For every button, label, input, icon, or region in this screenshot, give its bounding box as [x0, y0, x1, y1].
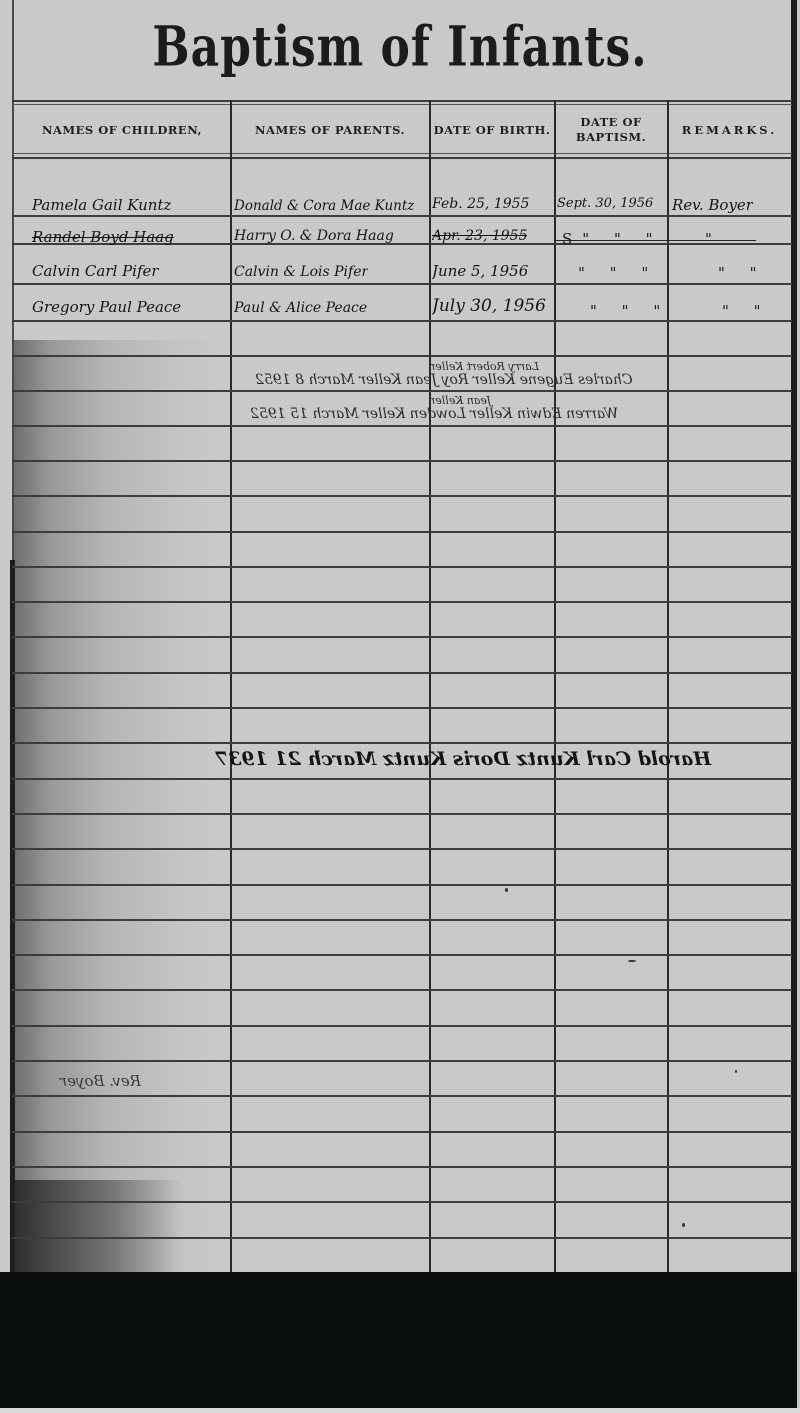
entry-baptism-date: Sept. 30, 1956 — [557, 196, 653, 211]
row-rule — [12, 813, 792, 815]
row-rule — [12, 355, 792, 357]
entry-baptism-date: " " " — [590, 302, 670, 320]
entry-remarks: Rev. Boyer — [672, 196, 753, 214]
bleed-through-text: Charles Eugene Keller Roy Jean Keller Ma… — [255, 372, 633, 388]
entry-birth-date: Apr. 23, 1955 — [432, 228, 527, 244]
row-rule — [12, 919, 792, 921]
row-rule — [12, 495, 792, 497]
register-page: Baptism of Infants. NAMES OF CHILDREN, N… — [0, 0, 800, 1413]
row-rule — [12, 636, 792, 638]
column-header-children: NAMES OF CHILDREN, — [14, 104, 230, 156]
row-rule — [12, 1131, 792, 1133]
entry-birth-date: June 5, 1956 — [432, 262, 528, 280]
bleed-through-text: Warren Edwin Keller Lowden Keller March … — [250, 406, 618, 422]
header-rule-bottom — [12, 157, 792, 159]
speck — [735, 1070, 737, 1073]
entry-baptism-date: S" " " — [562, 230, 663, 248]
row-rule — [12, 460, 792, 462]
row-rule — [12, 742, 792, 744]
speck — [628, 960, 636, 962]
column-header-remarks: REMARKS. — [668, 104, 791, 156]
row-rule — [12, 1025, 792, 1027]
row-rule — [12, 390, 792, 392]
strike-line — [556, 240, 756, 241]
row-rule — [12, 778, 792, 780]
entry-baptism-date: " " " — [578, 264, 658, 282]
bleed-through-text: Harold Carl Kuntz Doris Kuntz March 21 1… — [215, 748, 711, 770]
entry-remarks: " — [705, 230, 722, 248]
entry-parents: Paul & Alice Peace — [234, 300, 367, 316]
row-rule — [12, 1237, 792, 1239]
row-rule — [12, 566, 792, 568]
entry-birth-date: July 30, 1956 — [432, 296, 546, 316]
entry-parents: Calvin & Lois Pifer — [234, 264, 368, 280]
row-rule — [12, 320, 792, 322]
entry-child-name: Gregory Paul Peace — [32, 298, 181, 316]
column-header-birth: DATE OF BIRTH. — [430, 104, 554, 156]
row-rule — [12, 1060, 792, 1062]
header-rule-top — [12, 100, 792, 102]
column-header-parents: NAMES OF PARENTS. — [231, 104, 429, 156]
row-rule — [12, 425, 792, 427]
row-rule — [12, 954, 792, 956]
page-title: Baptism of Infants. — [0, 16, 800, 80]
row-rule — [12, 848, 792, 850]
scan-black-margin — [0, 1272, 797, 1408]
row-rule — [12, 1201, 792, 1203]
entry-parents: Donald & Cora Mae Kuntz — [234, 198, 414, 214]
speck — [505, 888, 508, 892]
row-rule — [12, 601, 792, 603]
row-rule — [12, 531, 792, 533]
row-rule — [12, 672, 792, 674]
entry-remarks: " " — [718, 264, 767, 282]
row-rule — [12, 283, 792, 285]
entry-parents: Harry O. & Dora Haag — [234, 228, 394, 244]
scan-bottom-strip — [0, 1408, 800, 1413]
speck — [682, 1223, 685, 1227]
bleed-through-text: Rev. Boyer — [60, 1072, 141, 1090]
row-rule — [12, 215, 792, 217]
column-header-baptism: DATE OF BAPTISM. — [555, 104, 667, 156]
row-rule — [12, 1095, 792, 1097]
entry-child-name: Pamela Gail Kuntz — [32, 196, 171, 214]
row-rule — [12, 707, 792, 709]
row-rule — [12, 1166, 792, 1168]
entry-child-name: Randel Boyd Haag — [32, 228, 174, 246]
scan-shadow-bottom — [12, 1180, 182, 1272]
row-rule — [12, 989, 792, 991]
entry-child-name: Calvin Carl Pifer — [32, 262, 159, 280]
row-rule — [12, 884, 792, 886]
entry-birth-date: Feb. 25, 1955 — [432, 196, 529, 212]
entry-remarks: " " — [722, 302, 771, 320]
